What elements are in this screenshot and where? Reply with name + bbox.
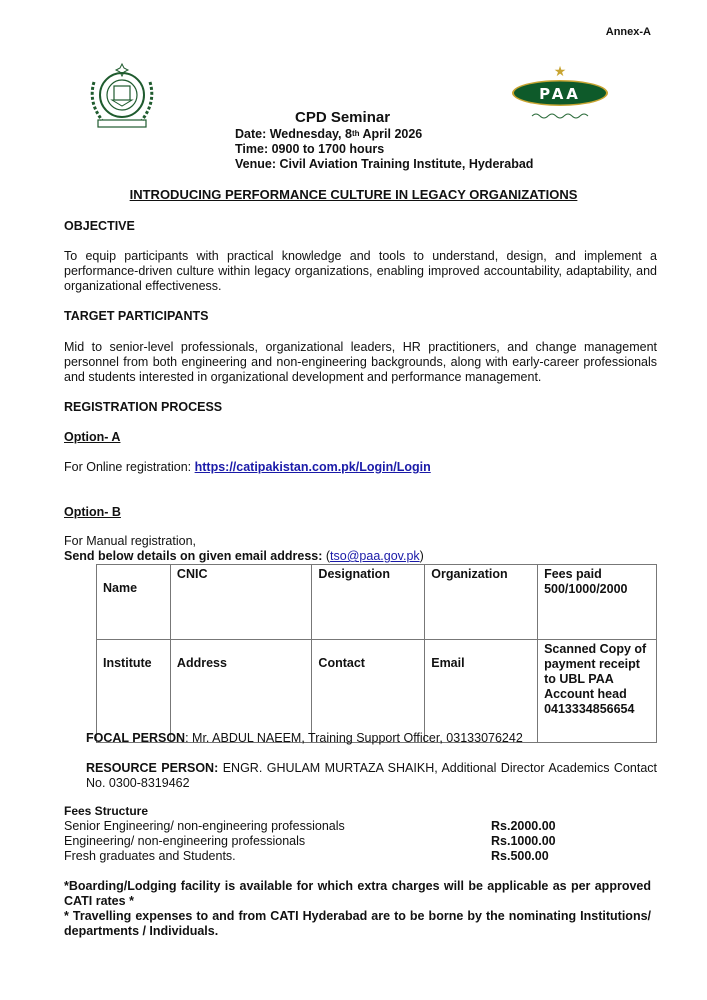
registration-details-table: Name CNIC Designation Organization Fees … — [96, 564, 657, 743]
option-b-line2: Send below details on given email addres… — [64, 549, 424, 564]
travel-note: * Travelling expenses to and from CATI H… — [64, 909, 651, 939]
target-heading: TARGET PARTICIPANTS — [64, 309, 208, 323]
focal-person: FOCAL PERSON: Mr. ABDUL NAEEM, Training … — [86, 731, 657, 746]
seminar-time: Time: 0900 to 1700 hours — [235, 142, 533, 157]
fees-heading: Fees Structure — [64, 804, 148, 818]
annex-label: Annex-A — [606, 26, 651, 38]
target-text: Mid to senior-level professionals, organ… — [64, 340, 657, 385]
seminar-details: CPD Seminar Date: Wednesday, 8th April 2… — [235, 109, 533, 172]
seminar-title: CPD Seminar — [295, 109, 533, 127]
option-b-line1: For Manual registration, — [64, 534, 196, 549]
table-cell: Email — [425, 640, 538, 743]
boarding-note: *Boarding/Lodging facility is available … — [64, 879, 651, 909]
option-a-line: For Online registration: https://catipak… — [64, 460, 431, 475]
table-cell: Fees paid 500/1000/2000 — [538, 565, 657, 640]
table-row: Name CNIC Designation Organization Fees … — [97, 565, 657, 640]
option-a-label: Option- A — [64, 430, 120, 444]
table-cell: Designation — [312, 565, 425, 640]
svg-text:PAA: PAA — [539, 85, 581, 103]
resource-person: RESOURCE PERSON: ENGR. GHULAM MURTAZA SH… — [86, 761, 657, 791]
email-link[interactable]: tso@paa.gov.pk — [330, 549, 420, 563]
table-cell: CNIC — [170, 565, 312, 640]
table-row: Institute Address Contact Email Scanned … — [97, 640, 657, 743]
svg-text:★: ★ — [554, 64, 567, 80]
seminar-date: Date: Wednesday, 8th April 2026 — [235, 127, 533, 142]
table-cell: Contact — [312, 640, 425, 743]
fee-item: Senior Engineering/ non-engineering prof… — [64, 819, 624, 834]
table-cell: Name — [97, 565, 171, 640]
table-cell: Institute — [97, 640, 171, 743]
registration-heading: REGISTRATION PROCESS — [64, 400, 222, 414]
online-registration-link[interactable]: https://catipakistan.com.pk/Login/Login — [195, 460, 431, 474]
fee-item: Fresh graduates and Students.Rs.500.00 — [64, 849, 624, 864]
table-cell: Organization — [425, 565, 538, 640]
table-cell: Address — [170, 640, 312, 743]
option-b-label: Option- B — [64, 505, 121, 519]
fee-item: Engineering/ non-engineering professiona… — [64, 834, 624, 849]
main-heading: INTRODUCING PERFORMANCE CULTURE IN LEGAC… — [0, 187, 707, 202]
engineering-council-emblem-icon — [84, 62, 160, 132]
seminar-venue: Venue: Civil Aviation Training Institute… — [235, 157, 533, 172]
objective-heading: OBJECTIVE — [64, 219, 135, 233]
objective-text: To equip participants with practical kno… — [64, 249, 657, 294]
table-cell: Scanned Copy of payment receipt to UBL P… — [538, 640, 657, 743]
